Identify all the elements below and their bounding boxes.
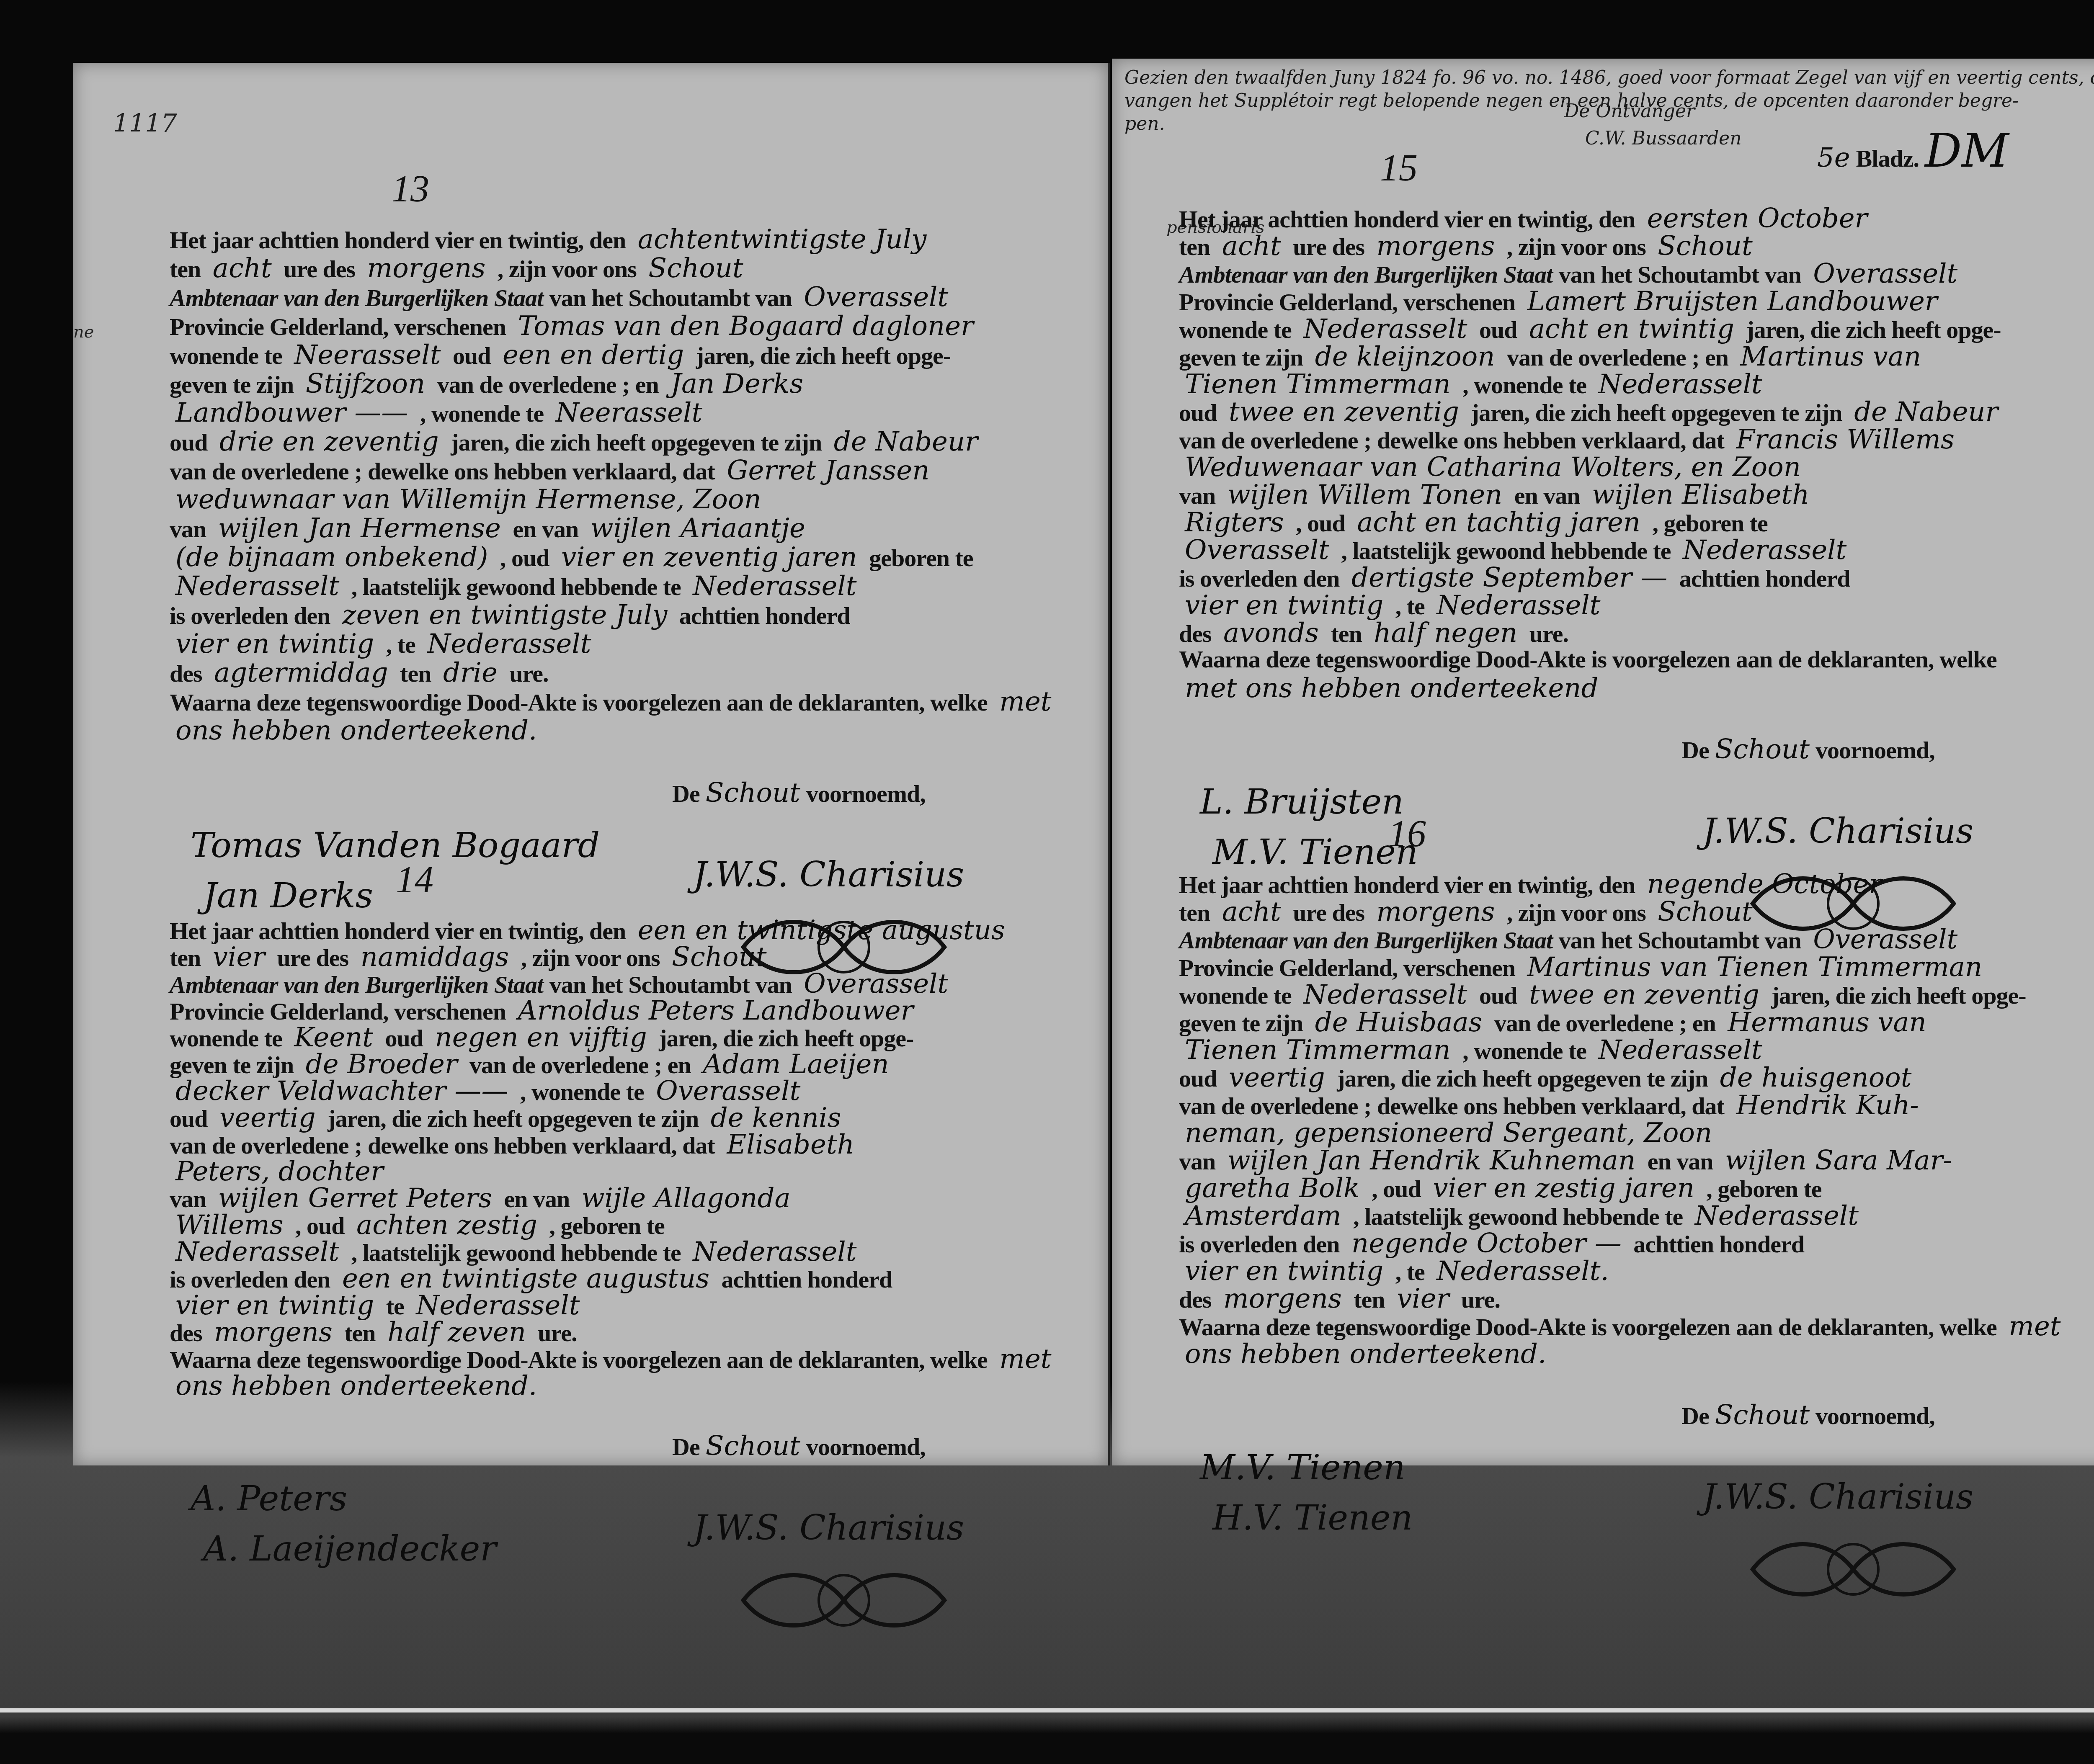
printed-text: geboren te <box>869 544 973 572</box>
schout-signature: J.W.S. Charisius <box>1702 811 1973 851</box>
record-line: Nederasselt , laatstelijk gewoond hebben… <box>170 573 863 600</box>
printed-text: Waarna deze tegenswoordige Dood-Akte is … <box>170 689 988 716</box>
handwritten-entry: Nederasselt <box>1695 1200 1859 1231</box>
handwritten-entry: wijlen Jan Hendrik Kuhneman <box>1228 1145 1635 1176</box>
handwritten-entry: Nederasselt <box>1303 979 1467 1010</box>
handwritten-entry: acht <box>1222 231 1281 262</box>
record-line: Ambtenaar van den Burgerlijken Staat van… <box>1179 260 1963 287</box>
record-line: Provincie Gelderland, verschenen Martinu… <box>1179 954 1988 981</box>
printed-text: Ambtenaar van den Burgerlijken Staat <box>1179 261 1552 288</box>
handwritten-entry: acht <box>1222 896 1281 927</box>
record-line: Overasselt , laatstelijk gewoond hebbend… <box>1179 537 1852 564</box>
margin-mark: ne <box>73 322 94 342</box>
printed-text: oud <box>385 1025 423 1052</box>
printed-text: van de overledene ; en <box>437 371 659 398</box>
handwritten-entry: half zeven <box>387 1317 526 1348</box>
record-line: van wijlen Gerret Peters en van wijle Al… <box>170 1185 797 1212</box>
printed-text: voornoemd, <box>1815 1402 1935 1429</box>
printed-text: ten <box>1354 1286 1385 1313</box>
printed-text: te <box>386 1293 404 1320</box>
printed-text: voornoemd, <box>1815 737 1935 764</box>
record-line: Ambtenaar van den Burgerlijken Staat van… <box>170 284 954 311</box>
handwritten-entry: Nederasselt <box>693 571 856 602</box>
handwritten-entry: Elisabeth <box>727 1129 854 1160</box>
printed-text: wonende te <box>1179 982 1292 1009</box>
record-line: Waarna deze tegenswoordige Dood-Akte is … <box>170 1346 1057 1373</box>
handwritten-entry: Landbouwer —— <box>175 397 408 428</box>
handwritten-entry: negen en vijftig <box>435 1022 647 1053</box>
record-line: oud drie en zeventig jaren, die zich hee… <box>170 428 984 455</box>
printed-text: , te <box>1395 1258 1425 1285</box>
handwritten-entry: Nederasselt <box>427 628 591 659</box>
printed-text: , oud <box>295 1212 345 1239</box>
record-line: oud veertig jaren, die zich heeft opgege… <box>1179 1064 1918 1091</box>
handwritten-entry: Keent <box>294 1022 373 1053</box>
printed-text: De <box>672 1433 700 1460</box>
record-line: (de bijnaam onbekend) , oud vier en zeve… <box>170 544 973 571</box>
closing-line: DeSchoutvoornoemd, <box>1681 736 1935 763</box>
handwritten-entry: garetha Bolk <box>1185 1173 1360 1204</box>
handwritten-entry: Neerasselt <box>556 397 702 428</box>
printed-text: ure des <box>277 944 348 971</box>
printed-text: jaren, die zich heeft opge- <box>1746 316 2001 343</box>
handwritten-entry: negende October — <box>1351 1228 1622 1259</box>
printed-text: van <box>1179 482 1215 509</box>
record-line: Nederasselt , laatstelijk gewoond hebben… <box>170 1239 863 1265</box>
record-line: ten acht ure des morgens , zijn voor ons… <box>170 255 749 282</box>
record-line: is overleden den dertigste September — a… <box>1179 564 1850 591</box>
printed-text: Provincie Gelderland, verschenen <box>170 998 506 1025</box>
handwritten-entry: Overasselt <box>1813 924 1957 955</box>
handwritten-entry: met ons hebben onderteekend <box>1185 673 1599 704</box>
printed-text: oud <box>170 1105 208 1132</box>
printed-text: achttien honderd <box>679 602 850 629</box>
record-line: oud veertig jaren, die zich heeft opgege… <box>170 1105 847 1131</box>
printed-text: , zijn voor ons <box>1507 233 1646 260</box>
record-line: Provincie Gelderland, verschenen Lamert … <box>1179 288 1943 315</box>
handwritten-entry: Nederasselt <box>1436 590 1600 621</box>
printed-text: ten <box>1179 233 1210 260</box>
printed-text: voornoemd, <box>806 1433 926 1460</box>
record-number: 15 <box>1380 147 1418 190</box>
handwritten-entry: Hendrik Kuh- <box>1736 1090 1919 1121</box>
handwritten-entry: Schout <box>672 942 766 973</box>
printed-text: van de overledene ; dewelke ons hebben v… <box>1179 1092 1724 1120</box>
handwritten-entry: ons hebben onderteekend. <box>175 1370 537 1401</box>
printed-text: Het jaar achttien honderd vier en twinti… <box>170 917 626 945</box>
declarant-signature: Jan Derks <box>203 876 373 916</box>
record-line: vier en twintig , te Nederasselt <box>1179 592 1607 619</box>
handwritten-entry: neman, gepensioneerd Sergeant, Zoon <box>1185 1118 1712 1149</box>
record-line: vier en twintig te Nederasselt <box>170 1292 586 1319</box>
declarant-signature: M.V. Tienen <box>1212 832 1418 872</box>
handwritten-entry: Neerasselt <box>294 340 441 371</box>
handwritten-entry: de huisgenoot <box>1720 1062 1912 1093</box>
printed-text: , laatstelijk gewoond hebbende te <box>351 573 681 600</box>
printed-text: geven te zijn <box>1179 344 1303 371</box>
printed-text: ure. <box>509 660 548 687</box>
handwritten-entry: met <box>999 686 1051 717</box>
declarant-signature: L. Bruijsten <box>1200 782 1404 822</box>
record-line: is overleden den een en twintigste augus… <box>170 1265 892 1292</box>
record-line: van wijlen Jan Hendrik Kuhneman en van w… <box>1179 1147 1958 1174</box>
printed-text: , wonende te <box>520 1078 644 1105</box>
printed-text: , zijn voor ons <box>521 944 660 971</box>
printed-text: Ambtenaar van den Burgerlijken Staat <box>170 971 543 998</box>
printed-text: is overleden den <box>170 602 330 629</box>
handwritten-entry: half negen <box>1374 618 1517 649</box>
printed-text: , geboren te <box>549 1212 664 1239</box>
record-line: des agtermiddag ten drie ure. <box>170 659 549 686</box>
record-line: van wijlen Jan Hermense en van wijlen Ar… <box>170 515 811 542</box>
record-line: Het jaar achttien honderd vier en twinti… <box>1179 871 1888 898</box>
handwritten-entry: ons hebben onderteekend. <box>175 715 537 746</box>
printed-text: wonende te <box>170 342 282 369</box>
record-line: des morgens ten half zeven ure. <box>170 1319 577 1346</box>
printed-text: ten <box>344 1319 375 1347</box>
handwritten-entry: Nederasselt <box>1303 314 1467 345</box>
handwritten-entry: Peters, dochter <box>175 1156 384 1187</box>
record-line: geven te zijn de Huisbaas van de overled… <box>1179 1009 1932 1036</box>
handwritten-entry: de Broeder <box>306 1049 458 1080</box>
handwritten-entry: vier <box>213 942 265 973</box>
handwritten-entry: Nederasselt <box>175 571 339 602</box>
printed-text: van het Schoutambt van <box>1559 927 1801 954</box>
handwritten-entry: morgens <box>1223 1283 1342 1314</box>
record-line: met ons hebben onderteekend <box>1179 675 1604 702</box>
handwritten-entry: wijlen Gerret Peters <box>218 1183 492 1214</box>
handwritten-entry: eersten October <box>1647 203 1867 234</box>
handwritten-entry: ons hebben onderteekend. <box>1185 1339 1546 1370</box>
handwritten-entry: Nederasselt <box>175 1236 339 1267</box>
printed-text: , oud <box>1372 1175 1421 1203</box>
printed-text: oud <box>1479 982 1517 1009</box>
handwritten-entry: Martinus van Tienen Timmerman <box>1527 952 1983 983</box>
printed-text: De <box>1681 737 1709 764</box>
scan-edge-line <box>0 1708 2094 1712</box>
handwritten-entry: Overasselt <box>656 1076 800 1107</box>
handwritten-entry: Nederasselt. <box>1436 1256 1609 1287</box>
printed-text: ure. <box>1461 1286 1500 1313</box>
handwritten-entry: Nederasselt <box>693 1236 856 1267</box>
printed-text: van de overledene ; en <box>1507 344 1728 371</box>
printed-text: Provincie Gelderland, verschenen <box>170 313 506 340</box>
printed-text: en van <box>504 1185 570 1213</box>
record-line: ons hebben onderteekend. <box>170 1373 543 1399</box>
printed-text: achttien honderd <box>1633 1231 1804 1258</box>
record-line: Landbouwer —— , wonende te Neerasselt <box>170 399 708 426</box>
printed-text: van de overledene ; en <box>469 1051 691 1079</box>
printed-text: oud <box>1479 316 1517 343</box>
handwritten-entry: Rigters <box>1185 507 1284 538</box>
printed-text: Ambtenaar van den Burgerlijken Staat <box>1179 927 1552 954</box>
declarant-signature: Tomas Vanden Bogaard <box>191 826 600 865</box>
handwritten-entry: veertig <box>219 1102 316 1133</box>
page-label-text: Bladz. <box>1856 145 1919 172</box>
handwritten-entry: vier en zeventig jaren <box>561 542 857 573</box>
record-number: 16 <box>1388 812 1426 855</box>
record-line: wonende te Nederasselt oud twee en zeven… <box>1179 981 2026 1008</box>
printed-text: Waarna deze tegenswoordige Dood-Akte is … <box>1179 646 1997 673</box>
handwritten-entry: de kleijnzoon <box>1315 341 1495 372</box>
printed-text: Het jaar achttien honderd vier en twinti… <box>1179 871 1635 899</box>
handwritten-entry: Schout <box>706 1431 800 1462</box>
handwritten-entry: morgens <box>1377 231 1495 262</box>
handwritten-entry: Schout <box>1658 896 1752 927</box>
printed-text: geven te zijn <box>170 371 294 398</box>
printed-text: , laatstelijk gewoond hebbende te <box>1353 1203 1683 1230</box>
handwritten-entry: Nederasselt <box>1683 535 1846 566</box>
handwritten-entry: Amsterdam <box>1185 1200 1341 1231</box>
handwritten-entry: Overasselt <box>1185 535 1329 566</box>
printed-text: van de overledene ; dewelke ons hebben v… <box>1179 427 1724 454</box>
record-line: ten acht ure des morgens , zijn voor ons… <box>1179 233 1759 260</box>
printed-text: van het Schoutambt van <box>1559 261 1801 288</box>
handwritten-entry: Arnoldus Peters Landbouwer <box>518 995 914 1026</box>
record-number: 13 <box>392 167 429 211</box>
printed-text: ure des <box>284 255 355 283</box>
record-line: Amsterdam , laatstelijk gewoond hebbende… <box>1179 1203 1864 1229</box>
handwritten-entry: acht en tachtig jaren <box>1357 507 1640 538</box>
record-line: decker Veldwachter —— , wonende te Overa… <box>170 1078 806 1105</box>
handwritten-entry: een en dertig <box>503 340 684 371</box>
printed-text: jaren, die zich heeft opgegeven te zijn <box>1471 399 1842 426</box>
record-line: van de overledene ; dewelke ons hebben v… <box>170 457 935 484</box>
record-line: ten acht ure des morgens , zijn voor ons… <box>1179 899 1759 925</box>
printed-text: van de overledene ; dewelke ons hebben v… <box>170 1132 715 1159</box>
record-line: Provincie Gelderland, verschenen Tomas v… <box>170 313 980 340</box>
handwritten-entry: Martinus van <box>1741 341 1921 372</box>
handwritten-entry: Schout <box>1658 231 1752 262</box>
printed-text: , zijn voor ons <box>1507 899 1646 926</box>
handwritten-entry: vier <box>1397 1283 1449 1314</box>
printed-text: ten <box>170 944 201 971</box>
printed-text: , geboren te <box>1653 510 1768 537</box>
printed-text: ure. <box>538 1319 577 1347</box>
printed-text: , geboren te <box>1706 1175 1821 1203</box>
printed-text: voornoemd, <box>806 780 926 807</box>
printed-text: , oud <box>500 544 549 572</box>
record-line: geven te zijn Stijfzoon van de overleden… <box>170 371 809 397</box>
handwritten-entry: de Nabeur <box>1854 397 1998 427</box>
record-number: 14 <box>396 858 433 901</box>
printed-text: De <box>672 780 700 807</box>
printed-text: ure des <box>1293 899 1364 926</box>
handwritten-entry: Nederasselt <box>416 1290 580 1321</box>
handwritten-entry: decker Veldwachter —— <box>175 1076 508 1107</box>
record-line: vier en twintig , te Nederasselt <box>170 631 597 657</box>
record-line: wonende te Keent oud negen en vijftig ja… <box>170 1024 913 1051</box>
handwritten-entry: een en twintigste augustus <box>638 915 1005 946</box>
handwritten-entry: Stijfzoon <box>306 368 426 399</box>
handwritten-entry: wijlen Ariaantje <box>591 513 805 544</box>
handwritten-entry: met <box>2009 1311 2060 1342</box>
printed-text: geven te zijn <box>170 1051 294 1079</box>
printed-text: van het Schoutambt van <box>549 971 792 998</box>
record-line: is overleden den zeven en twintigste Jul… <box>170 602 850 628</box>
record-line: van de overledene ; dewelke ons hebben v… <box>1179 1092 1925 1119</box>
printed-text: en van <box>513 515 578 543</box>
record-line: ons hebben onderteekend. <box>1179 1341 1552 1367</box>
handwritten-entry: Adam Laeijen <box>703 1049 889 1080</box>
handwritten-entry: avonds <box>1223 618 1319 649</box>
handwritten-entry: wijle Allagonda <box>582 1183 791 1214</box>
handwritten-entry: wijlen Sara Mar- <box>1725 1145 1952 1176</box>
handwritten-entry: Schout <box>706 778 800 809</box>
handwritten-entry: acht <box>213 253 272 284</box>
handwritten-entry: Francis Willems <box>1736 424 1954 455</box>
printed-text: achttien honderd <box>722 1266 892 1293</box>
closing-line: DeSchoutvoornoemd, <box>1681 1402 1935 1429</box>
record-line: Tienen Timmerman , wonende te Nederassel… <box>1179 371 1768 398</box>
stamp-duty-note-line: Gezien den twaalfden Juny 1824 fo. 96 vo… <box>1124 67 2094 88</box>
schout-signature: J.W.S. Charisius <box>1702 1477 1973 1517</box>
handwritten-entry: Overasselt <box>1813 258 1957 289</box>
record-line: Tienen Timmerman , wonende te Nederassel… <box>1179 1037 1768 1064</box>
printed-text: en van <box>1514 482 1580 509</box>
schout-signature: J.W.S. Charisius <box>693 855 964 895</box>
record-line: vier en twintig , te Nederasselt. <box>1179 1258 1615 1285</box>
printed-text: oud <box>1179 1065 1217 1092</box>
handwritten-entry: Overasselt <box>804 968 948 999</box>
handwritten-entry: morgens <box>367 253 486 284</box>
record-line: garetha Bolk , oud vier en zestig jaren … <box>1179 1175 1822 1202</box>
printed-text: wonende te <box>170 1025 282 1052</box>
record-line: weduwnaar van Willemijn Hermense, Zoon <box>170 486 767 513</box>
handwritten-entry: weduwnaar van Willemijn Hermense, Zoon <box>175 484 761 515</box>
record-line: neman, gepensioneerd Sergeant, Zoon <box>1179 1120 1718 1146</box>
printed-text: is overleden den <box>1179 565 1340 592</box>
handwritten-entry: Hermanus van <box>1728 1007 1926 1038</box>
printed-text: , wonende te <box>420 400 544 427</box>
printed-text: is overleden den <box>1179 1231 1340 1258</box>
handwritten-entry: wijlen Willem Tonen <box>1228 479 1503 510</box>
record-line: wonende te Neerasselt oud een en dertig … <box>170 342 951 368</box>
handwritten-entry: Tienen Timmerman <box>1185 1035 1451 1066</box>
record-line: Waarna deze tegenswoordige Dood-Akte is … <box>170 688 1057 715</box>
record-line: Willems , oud achten zestig , geboren te <box>170 1212 665 1239</box>
printed-text: en van <box>1648 1148 1713 1175</box>
printed-text: jaren, die zich heeft opge- <box>659 1025 913 1052</box>
margin-mark: 1117 <box>113 109 177 138</box>
printed-text: Het jaar achttien honderd vier en twinti… <box>1179 206 1635 233</box>
printed-text: des <box>170 660 202 687</box>
printed-text: Het jaar achttien honderd vier en twinti… <box>170 227 626 254</box>
printed-text: jaren, die zich heeft opgegeven te zijn <box>328 1105 699 1132</box>
printed-text: van de overledene ; en <box>1494 1009 1716 1037</box>
handwritten-entry: Jan Derks <box>670 368 803 399</box>
handwritten-entry: acht en twintig <box>1529 314 1734 345</box>
printed-text: van <box>1179 1148 1215 1175</box>
printed-text: , wonende te <box>1462 371 1586 399</box>
record-line: Peters, dochter <box>170 1158 389 1185</box>
printed-text: ten <box>170 255 201 283</box>
handwritten-entry: de Huisbaas <box>1315 1007 1483 1038</box>
handwritten-entry: morgens <box>214 1317 333 1348</box>
printed-text: ten <box>400 660 431 687</box>
handwritten-entry: vier en twintig <box>1185 590 1383 621</box>
handwritten-entry: Lamert Bruijsten Landbouwer <box>1527 286 1938 317</box>
handwritten-entry: veertig <box>1229 1062 1325 1093</box>
record-line: Ambtenaar van den Burgerlijken Staat van… <box>170 971 954 997</box>
handwritten-entry: vier en twintig <box>175 1290 374 1321</box>
printed-text: jaren, die zich heeft opge- <box>696 342 951 369</box>
handwritten-entry: Tomas van den Bogaard dagloner <box>518 311 974 342</box>
handwritten-entry: vier en twintig <box>175 628 374 659</box>
handwritten-entry: achten zestig <box>356 1210 537 1241</box>
handwritten-entry: Schout <box>1715 734 1810 765</box>
page-number-prefix: 5e <box>1817 142 1850 173</box>
record-line: des morgens ten vier ure. <box>1179 1285 1500 1312</box>
printed-text: ure des <box>1293 233 1364 260</box>
printed-text: jaren, die zich heeft opgegeven te zijn <box>1337 1065 1708 1092</box>
handwritten-entry: Nederasselt <box>1598 1035 1762 1066</box>
printed-text: , zijn voor ons <box>498 255 637 283</box>
closing-line: DeSchoutvoornoemd, <box>672 780 926 806</box>
schout-signature: J.W.S. Charisius <box>693 1508 964 1548</box>
printed-text: , laatstelijk gewoond hebbende te <box>351 1239 681 1266</box>
right-page: Gezien den twaalfden Juny 1824 fo. 96 vo… <box>1112 59 2094 1465</box>
handwritten-entry: Weduwenaar van Catharina Wolters, en Zoo… <box>1185 452 1801 483</box>
handwritten-entry: morgens <box>1377 896 1495 927</box>
record-line: Weduwenaar van Catharina Wolters, en Zoo… <box>1179 454 1807 481</box>
record-line: Rigters , oud acht en tachtig jaren , ge… <box>1179 509 1768 536</box>
record-line: Het jaar achttien honderd vier en twinti… <box>170 917 1011 944</box>
record-line: van de overledene ; dewelke ons hebben v… <box>1179 426 1960 453</box>
printed-text: jaren, die zich heeft opge- <box>1771 982 2026 1009</box>
printed-text: geven te zijn <box>1179 1009 1303 1037</box>
record-line: geven te zijn de kleijnzoon van de overl… <box>1179 343 1927 370</box>
handwritten-entry: met <box>999 1344 1051 1375</box>
printed-text: is overleden den <box>170 1266 330 1293</box>
stamp-duty-note-line: pen. <box>1124 113 1165 134</box>
handwritten-entry: namiddags <box>361 942 509 973</box>
record-line: van de overledene ; dewelke ons hebben v… <box>170 1131 860 1158</box>
record-line: ten vier ure des namiddags , zijn voor o… <box>170 944 772 971</box>
printed-text: Waarna deze tegenswoordige Dood-Akte is … <box>170 1346 988 1373</box>
record-line: van wijlen Willem Tonen en van wijlen El… <box>1179 482 1815 508</box>
record-line: Het jaar achttien honderd vier en twinti… <box>1179 205 1873 232</box>
handwritten-entry: twee en zeventig <box>1529 979 1759 1010</box>
declarant-signature: A. Peters <box>191 1479 347 1519</box>
signature-flourish-icon <box>1744 1527 1962 1611</box>
printed-text: jaren, die zich heeft opgegeven te zijn <box>451 429 822 456</box>
printed-text: des <box>1179 1286 1212 1313</box>
page-label: 5eBladz.DM <box>1811 128 2015 174</box>
printed-text: Provincie Gelderland, verschenen <box>1179 954 1515 981</box>
declarant-signature: H.V. Tienen <box>1212 1498 1413 1538</box>
printed-text: van de overledene ; dewelke ons hebben v… <box>170 458 715 485</box>
record-line: Ambtenaar van den Burgerlijken Staat van… <box>1179 926 1963 953</box>
record-line: Waarna deze tegenswoordige Dood-Akte is … <box>1179 1313 2067 1340</box>
handwritten-entry: Schout <box>648 253 743 284</box>
record-line: ons hebben onderteekend. <box>170 717 543 744</box>
printed-text: oud <box>453 342 491 369</box>
printed-text: des <box>170 1319 202 1347</box>
signature-flourish-icon <box>735 1558 953 1642</box>
printed-text: Waarna deze tegenswoordige Dood-Akte is … <box>1179 1313 1997 1341</box>
handwritten-entry: Overasselt <box>804 282 948 313</box>
handwritten-entry: wijlen Elisabeth <box>1592 479 1809 510</box>
handwritten-entry: vier en twintig <box>1185 1256 1383 1287</box>
declarant-signature: M.V. Tienen <box>1200 1448 1405 1488</box>
printed-text: Ambtenaar van den Burgerlijken Staat <box>170 284 543 312</box>
page-initials: DM <box>1925 124 2009 178</box>
handwritten-entry: Schout <box>1715 1400 1810 1431</box>
printed-text: des <box>1179 620 1212 647</box>
handwritten-entry: wijlen Jan Hermense <box>218 513 501 544</box>
printed-text: oud <box>170 429 208 456</box>
